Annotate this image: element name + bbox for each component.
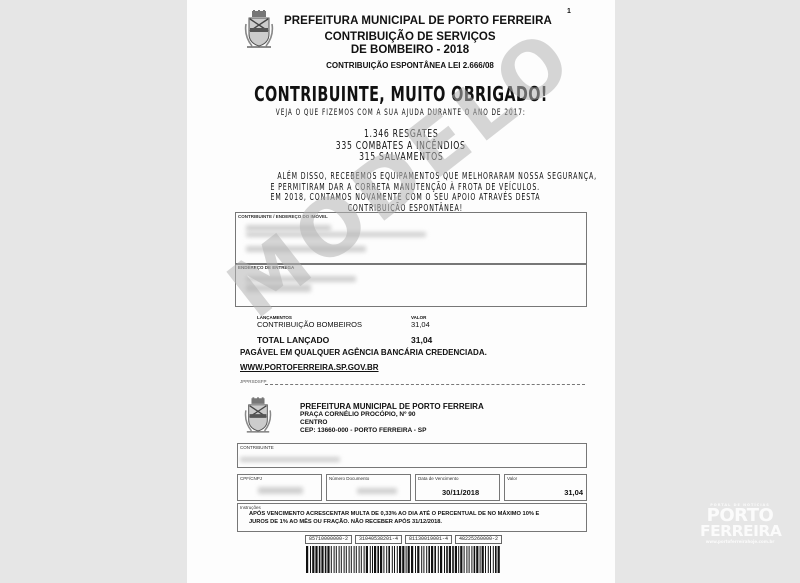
charge-item-name: CONTRIBUIÇÃO BOMBEIROS	[257, 320, 362, 329]
slip-value: 31,04	[564, 488, 583, 497]
slip-address: PRAÇA CORNÉLIO PROCÓPIO, Nº 90 CENTRO CE…	[300, 411, 426, 435]
document-title: CONTRIBUIÇÃO DE SERVIÇOS DE BOMBEIRO - 2…	[187, 31, 615, 57]
barcode-digits: 85710000000-2 31040538201-4 81130019001-…	[305, 535, 502, 544]
page-number: 1	[567, 8, 571, 15]
barcode-segment: 48225260000-2	[455, 535, 502, 544]
taxpayer-address-box: CONTRIBUINTE / ENDEREÇO DO IMÓVEL	[235, 212, 587, 265]
law-reference: CONTRIBUIÇÃO ESPONTÂNEA LEI 2.666/08	[187, 61, 615, 70]
total-label: TOTAL LANÇADO	[257, 335, 329, 345]
instruction-line: JUROS DE 1% AO MÊS OU FRAÇÃO. NÃO RECEBE…	[249, 519, 539, 527]
due-date-value: 30/11/2018	[442, 488, 479, 497]
slip-taxpayer-box: CONTRIBUINTE	[237, 443, 587, 468]
thank-you-title: CONTRIBUINTE, MUITO OBRIGADO!	[187, 82, 615, 106]
redacted-text	[240, 457, 340, 462]
thanks-message: ALÉM DISSO, RECEBEMOS EQUIPAMENTOS QUE M…	[187, 172, 615, 214]
redacted-text	[246, 284, 311, 292]
municipality-title: PREFEITURA MUNICIPAL DE PORTO FERREIRA	[284, 15, 552, 27]
website-link[interactable]: WWW.PORTOFERREIRA.SP.GOV.BR	[240, 363, 379, 372]
instructions-label: Instruções	[240, 505, 261, 510]
charge-item-value: 31,04	[411, 320, 430, 329]
redacted-text	[258, 487, 303, 494]
barcode-segment: 85710000000-2	[305, 535, 352, 544]
value-label: Valor	[507, 476, 517, 481]
total-value: 31,04	[411, 335, 432, 345]
coat-of-arms-icon	[244, 397, 272, 435]
thank-you-subtitle: VEJA O QUE FIZEMOS COM A SUA AJUDA DURAN…	[187, 108, 615, 118]
slip-municipality: PREFEITURA MUNICIPAL DE PORTO FERREIRA	[300, 402, 484, 411]
redacted-text	[357, 488, 397, 494]
delivery-address-label: ENDEREÇO DE ENTREGA	[238, 265, 294, 270]
cut-line-divider	[265, 384, 585, 385]
redacted-text	[246, 276, 356, 282]
slip-address-line: PRAÇA CORNÉLIO PROCÓPIO, Nº 90	[300, 411, 426, 419]
thank-you-subtitle-text: VEJA O QUE FIZEMOS COM A SUA AJUDA DURAN…	[276, 108, 526, 118]
redacted-text	[246, 246, 366, 252]
cpf-label: CPF/CNPJ	[240, 476, 262, 481]
cut-code: JPPRSDSFP	[240, 379, 267, 384]
instructions-text: APÓS VENCIMENTO ACRESCENTAR MULTA DE 0,3…	[249, 511, 539, 526]
instruction-line: APÓS VENCIMENTO ACRESCENTAR MULTA DE 0,3…	[249, 511, 539, 519]
slip-address-line: CEP: 13660-000 - PORTO FERREIRA - SP	[300, 427, 426, 435]
redacted-text	[246, 225, 331, 231]
instructions-box: Instruções APÓS VENCIMENTO ACRESCENTAR M…	[237, 503, 587, 532]
thank-you-title-text: CONTRIBUINTE, MUITO OBRIGADO!	[254, 82, 548, 106]
document-title-line-1: CONTRIBUIÇÃO DE SERVIÇOS	[205, 31, 615, 44]
document-title-line-2: DE BOMBEIRO - 2018	[205, 44, 615, 57]
barcode-segment: 31040538201-4	[355, 535, 402, 544]
slip-taxpayer-label: CONTRIBUINTE	[240, 445, 274, 450]
value-box: Valor 31,04	[504, 474, 587, 501]
document-page: 1 PREFEITURA MUNICIPAL DE PORTO FERREIRA…	[187, 0, 615, 583]
payable-note: PAGÁVEL EM QUALQUER AGÊNCIA BANCÁRIA CRE…	[240, 348, 487, 357]
stat-saves: 315 SALVAMENTOS	[359, 151, 443, 163]
slip-address-line: CENTRO	[300, 419, 426, 427]
taxpayer-address-label: CONTRIBUINTE / ENDEREÇO DO IMÓVEL	[238, 214, 328, 219]
redacted-text	[246, 232, 426, 237]
document-number-label: Número Documento	[329, 476, 369, 481]
cpf-box: CPF/CNPJ	[237, 474, 322, 501]
document-number-box: Número Documento	[326, 474, 411, 501]
stats-list: 1.346 RESGATES 335 COMBATES A INCÊNDIOS …	[187, 128, 615, 163]
brand-logo: PORTAL DE NOTÍCIAS PORTO FERREIRA www.po…	[700, 503, 780, 544]
brand-tagline: www.portoferreirahoje.com.br	[700, 539, 780, 544]
barcode	[304, 546, 504, 573]
stat-item: 315 SALVAMENTOS	[187, 151, 615, 163]
due-date-box: Data de Vencimento 30/11/2018	[415, 474, 500, 501]
due-date-label: Data de Vencimento	[418, 476, 459, 481]
delivery-address-box: ENDEREÇO DE ENTREGA	[235, 263, 587, 307]
barcode-segment: 81130019001-4	[405, 535, 452, 544]
brand-line-2: FERREIRA	[700, 524, 780, 539]
